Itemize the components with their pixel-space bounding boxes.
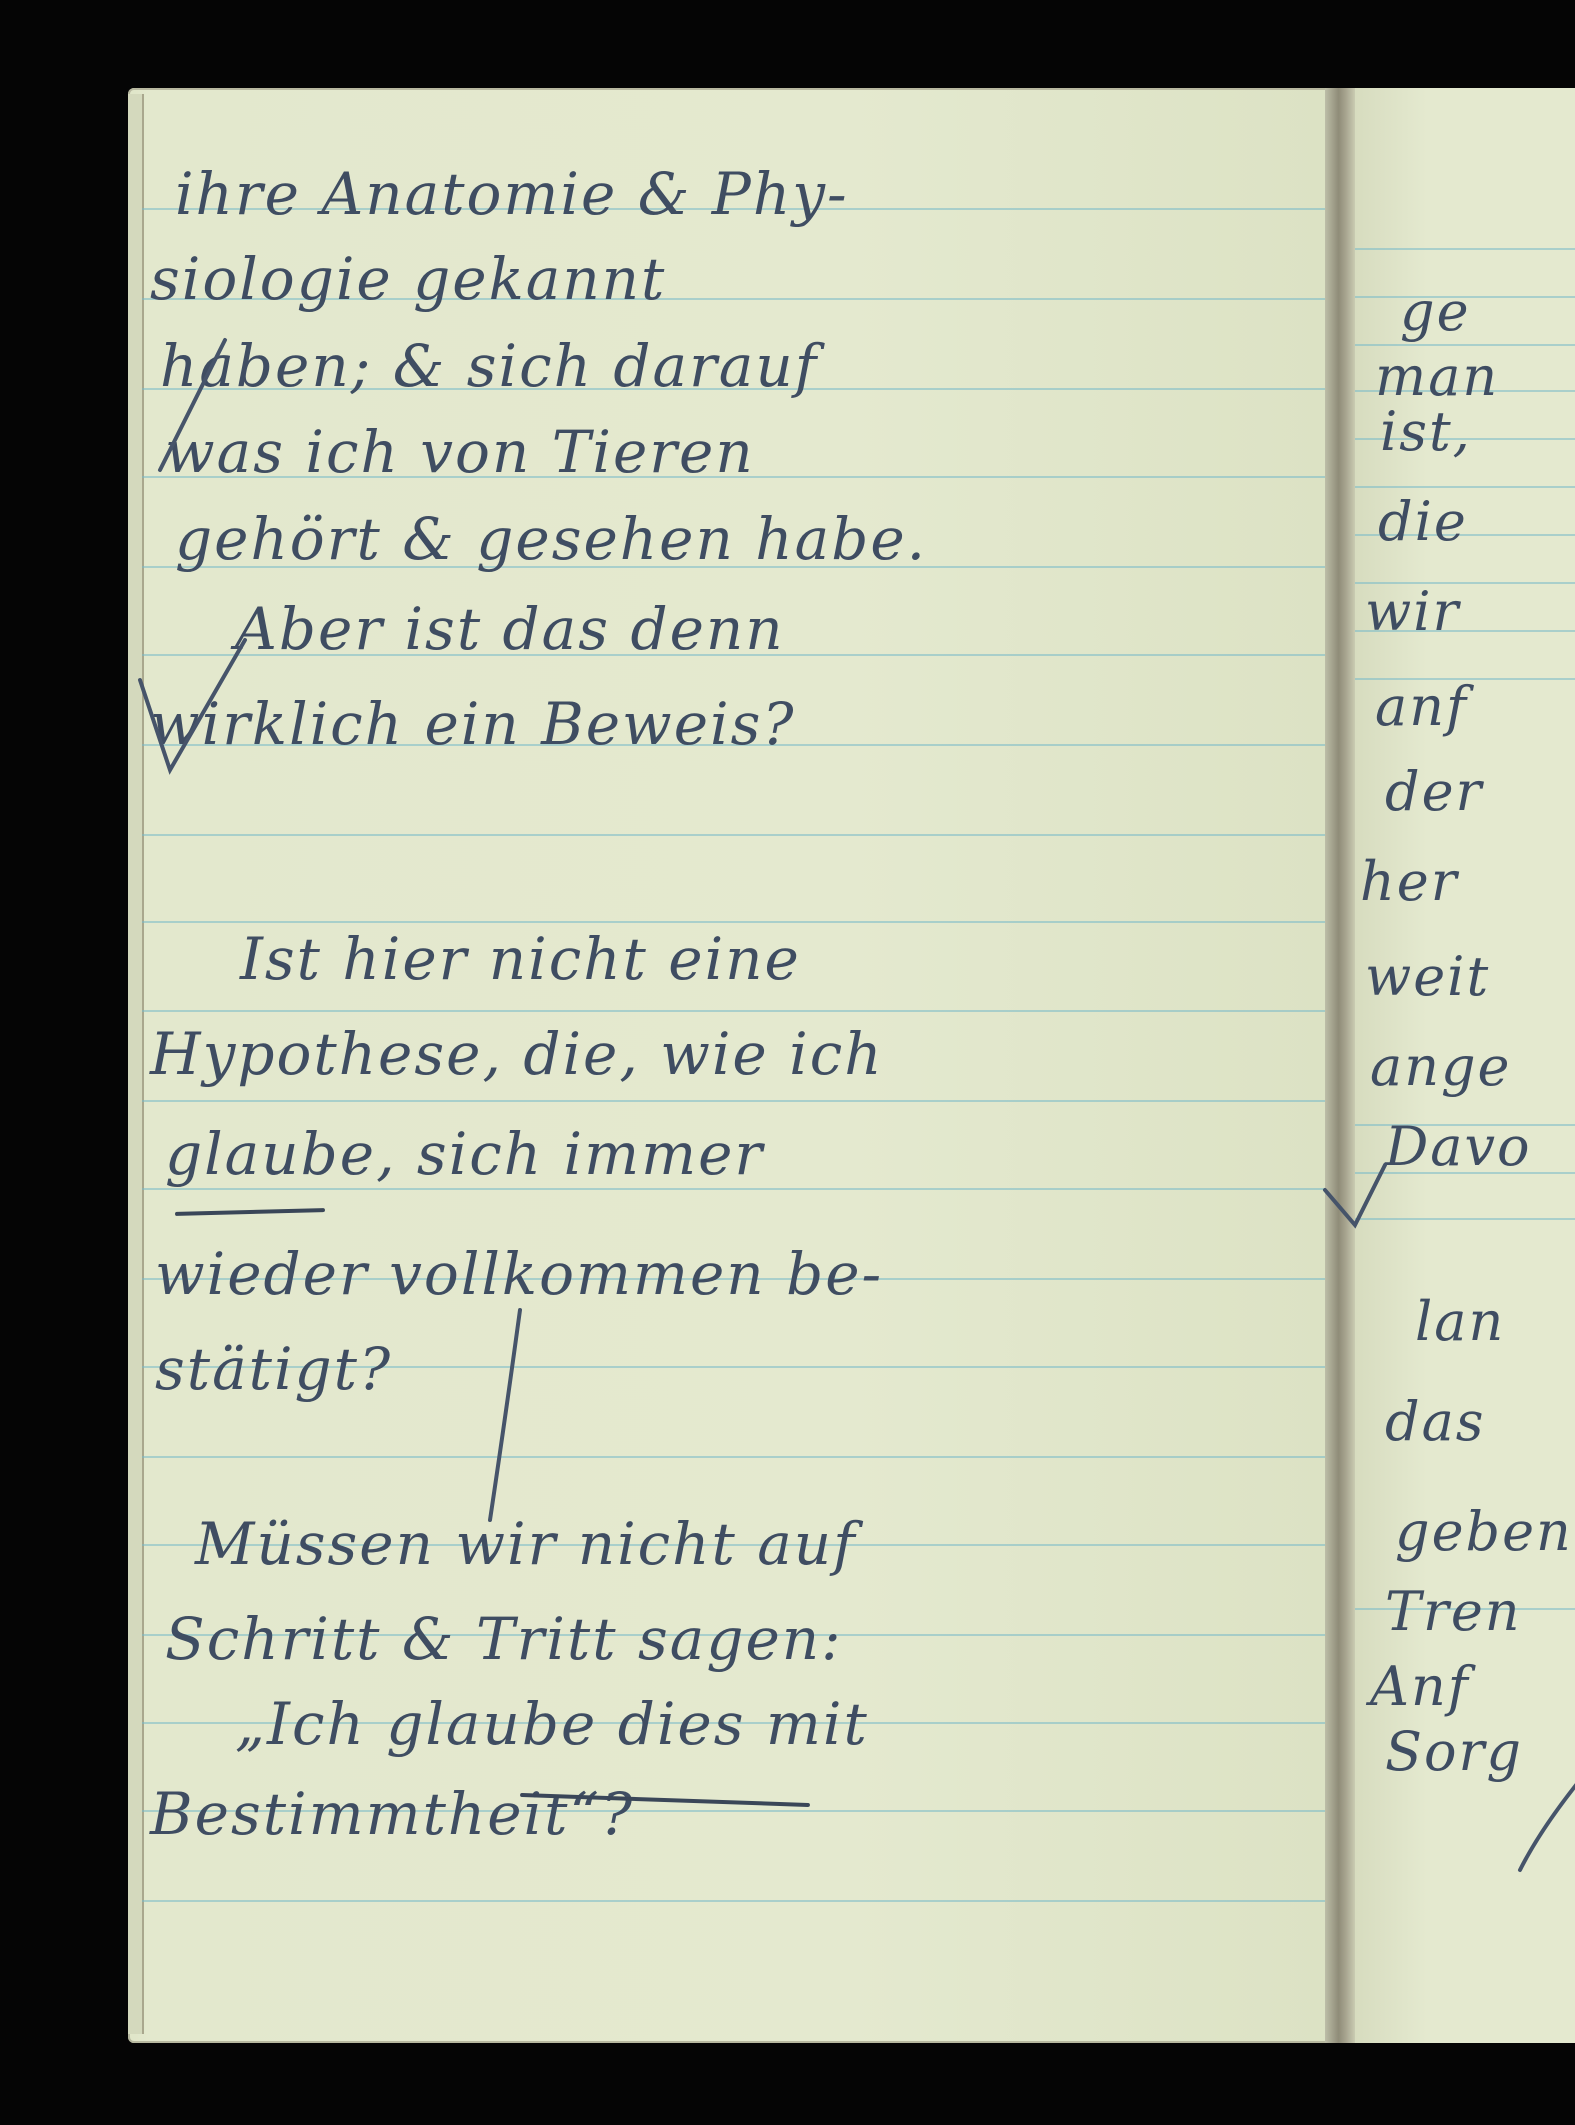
ruling-line xyxy=(142,1900,1325,1902)
ruling-line xyxy=(142,1188,1325,1190)
handwritten-fragment: ist, xyxy=(1380,400,1472,463)
notebook-gutter xyxy=(1325,88,1355,2043)
handwritten-fragment: ge xyxy=(1400,280,1471,343)
ruling-line xyxy=(142,834,1325,836)
handwritten-line: Hypothese, die, wie ich xyxy=(150,1020,884,1088)
handwritten-fragment: weit xyxy=(1365,945,1490,1008)
handwritten-line: stätigt? xyxy=(155,1335,392,1403)
page-edge xyxy=(128,94,144,2034)
handwritten-line: ihre Anatomie & Phy- xyxy=(175,160,849,228)
handwritten-fragment: Anf xyxy=(1370,1655,1470,1718)
handwritten-line: was ich von Tieren xyxy=(165,418,755,486)
ruling-line xyxy=(1355,248,1575,250)
handwritten-fragment: her xyxy=(1360,850,1459,913)
handwritten-line: Bestimmtheit“? xyxy=(150,1780,634,1848)
handwritten-fragment: lan xyxy=(1415,1290,1505,1353)
handwritten-line: glaube, sich immer xyxy=(165,1120,764,1188)
handwritten-line: Aber ist das denn xyxy=(235,595,785,663)
handwritten-line: wirklich ein Beweis? xyxy=(150,690,795,758)
handwritten-fragment: anf xyxy=(1375,675,1468,738)
handwritten-line: Ist hier nicht eine xyxy=(240,925,801,993)
handwritten-fragment: Davo xyxy=(1385,1115,1532,1178)
handwritten-line: gehört & gesehen habe. xyxy=(175,505,927,573)
ruling-line xyxy=(142,1456,1325,1458)
ruling-line xyxy=(142,1100,1325,1102)
handwritten-fragment: der xyxy=(1385,760,1483,823)
handwritten-fragment: geben xyxy=(1395,1500,1573,1563)
handwritten-line: Schritt & Tritt sagen: xyxy=(165,1605,843,1673)
handwritten-line: Müssen wir nicht auf xyxy=(195,1510,857,1578)
handwritten-line: haben; & sich darauf xyxy=(160,332,818,400)
handwritten-line: „Ich glaube dies mit xyxy=(235,1690,869,1758)
handwritten-fragment: die xyxy=(1378,490,1468,553)
handwritten-fragment: ange xyxy=(1370,1035,1512,1098)
ruling-line xyxy=(142,1010,1325,1012)
handwritten-line: wieder vollkommen be- xyxy=(155,1240,883,1308)
handwritten-fragment: wir xyxy=(1365,580,1460,643)
handwritten-fragment: man xyxy=(1375,345,1499,408)
handwritten-fragment: Tren xyxy=(1385,1580,1522,1643)
ruling-line xyxy=(1355,1218,1575,1220)
handwritten-line: siologie gekannt xyxy=(150,245,666,313)
handwritten-fragment: das xyxy=(1385,1390,1485,1453)
ruling-line xyxy=(142,921,1325,923)
ruling-line xyxy=(1355,486,1575,488)
handwritten-fragment: Sorg xyxy=(1385,1720,1523,1783)
